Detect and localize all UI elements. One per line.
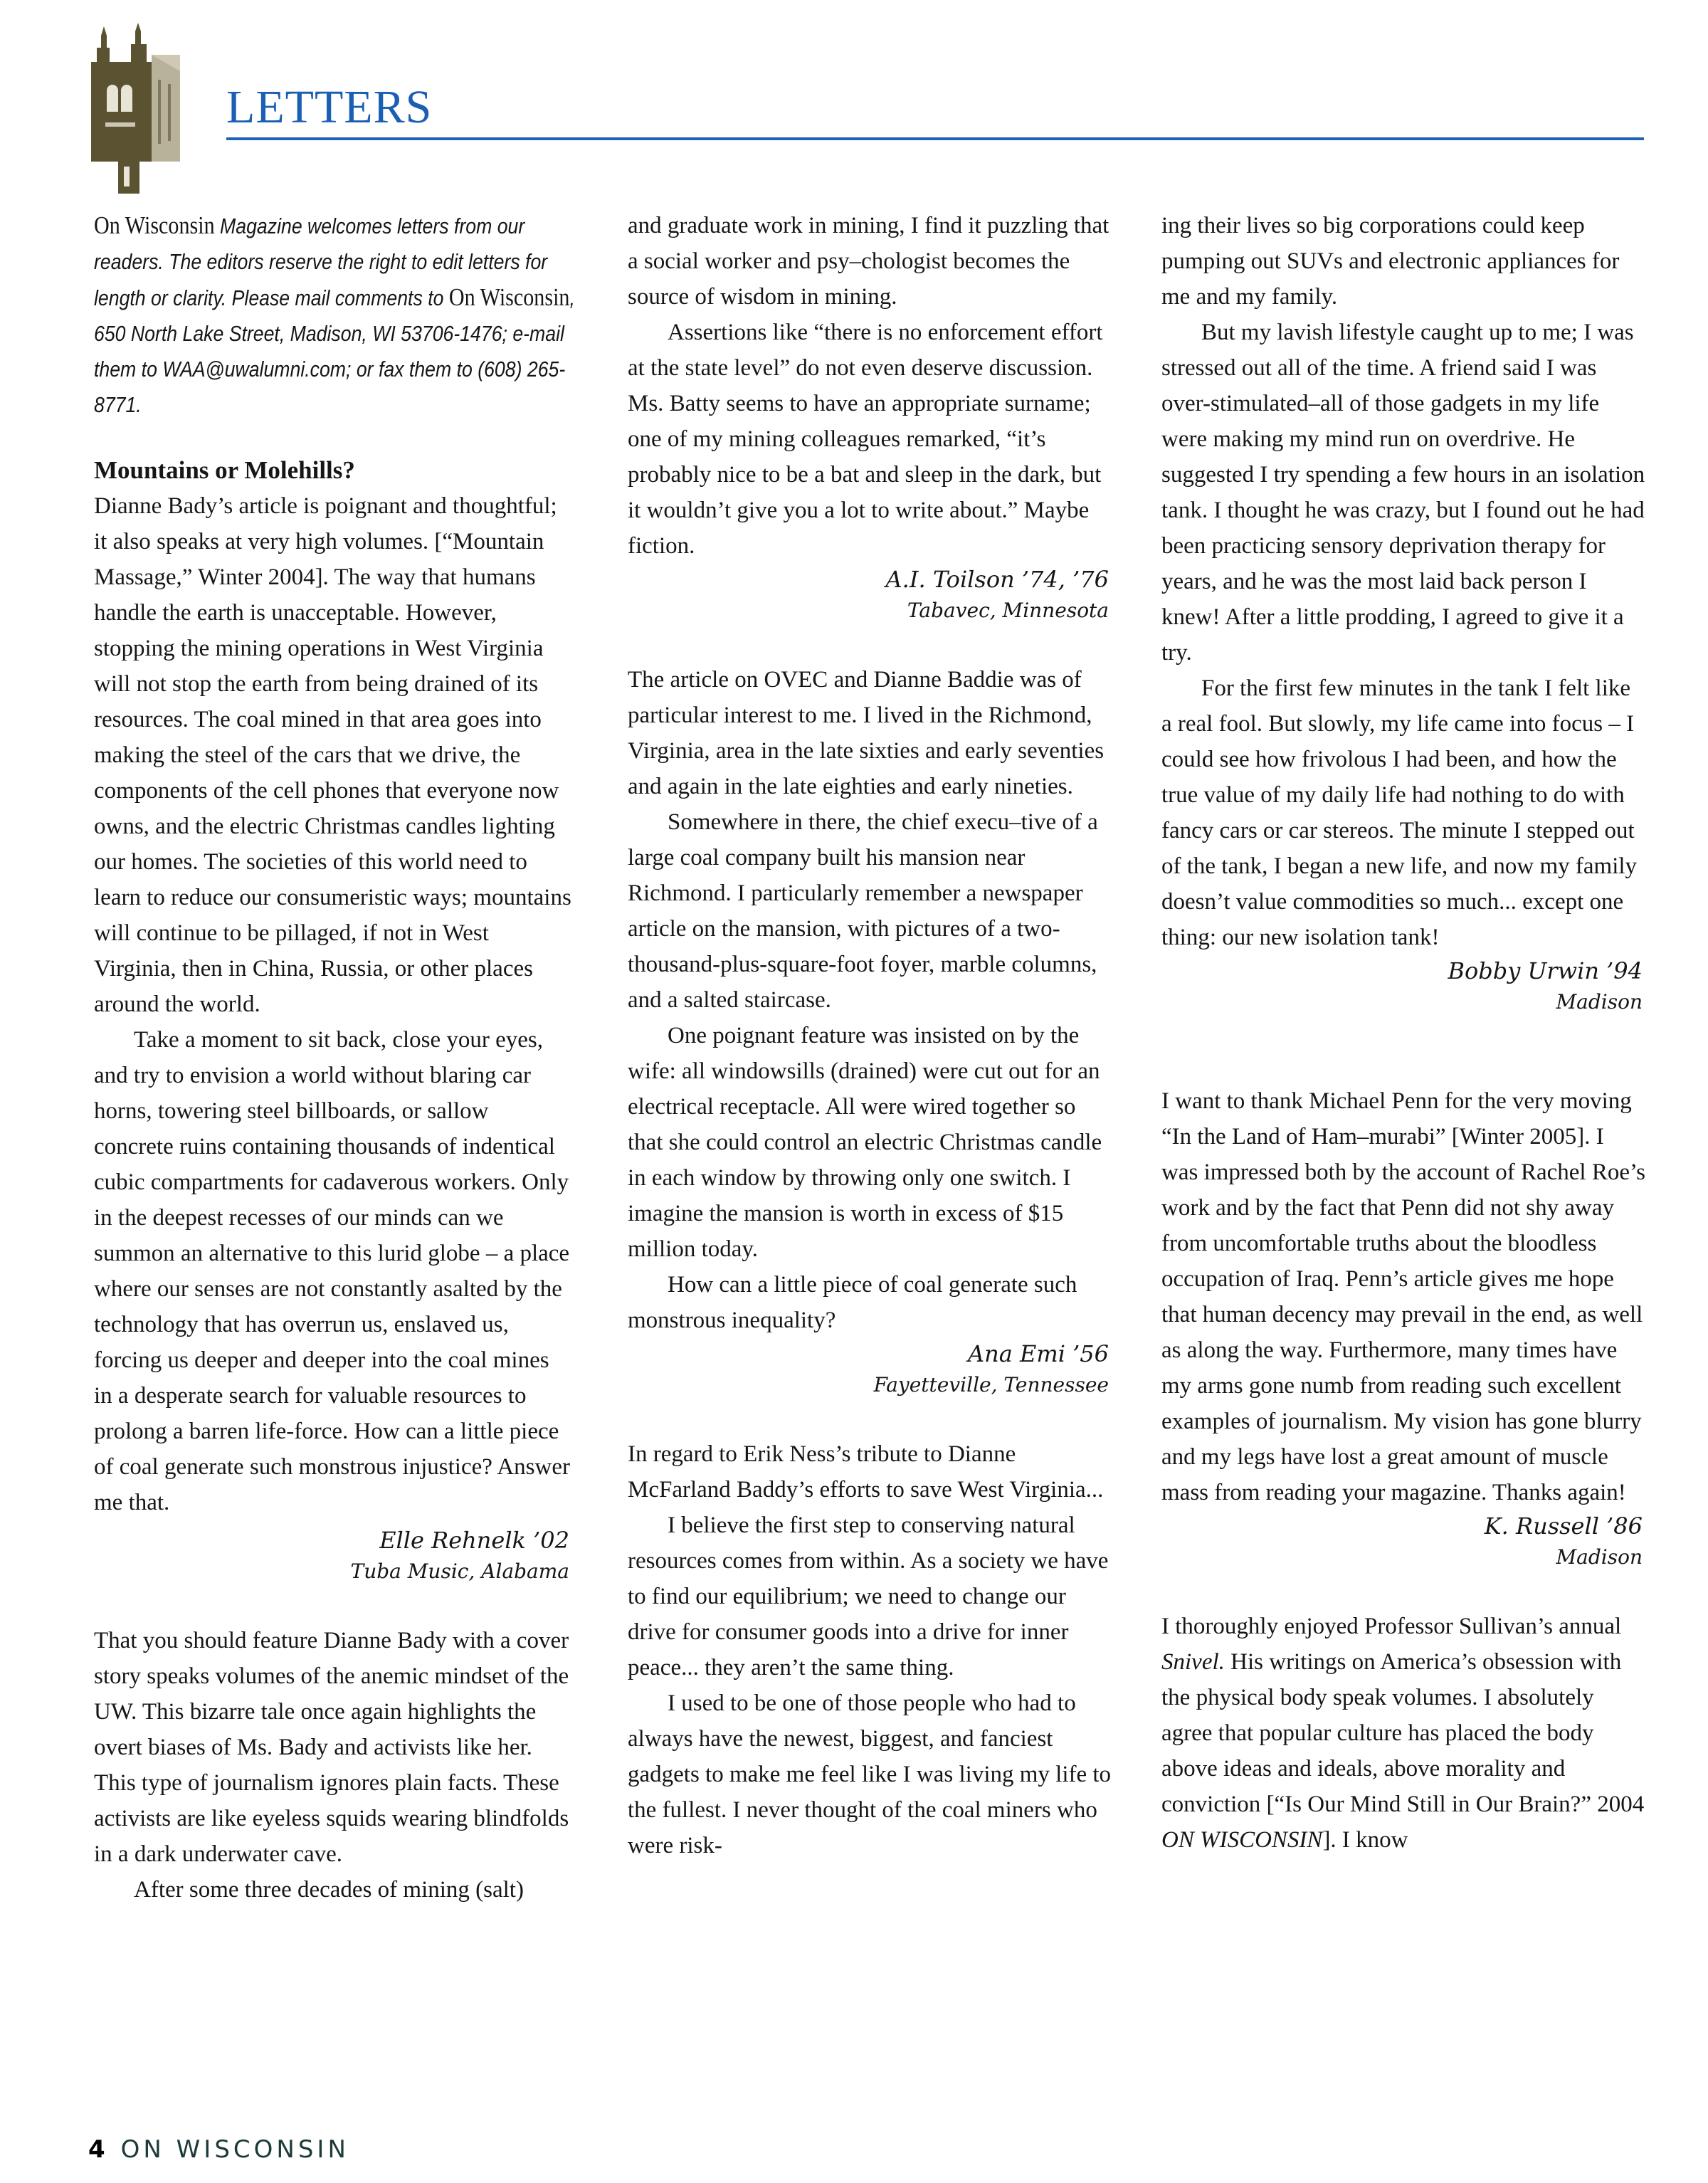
- letter-paragraph-continued: ing their lives so big corporations coul…: [1161, 208, 1645, 315]
- letter-paragraph: In regard to Erik Ness’s tribute to Dian…: [628, 1436, 1112, 1508]
- letter-signature: Ana Emi ’56 Fayetteville, Tennessee: [628, 1338, 1112, 1401]
- letter-signature: Elle Rehnelk ’02 Tuba Music, Alabama: [94, 1525, 572, 1587]
- letter-paragraph: Take a moment to sit back, close your ey…: [94, 1022, 572, 1520]
- page-title: LETTERS: [226, 84, 432, 131]
- letter-signature: K. Russell ’86 Madison: [1161, 1510, 1645, 1573]
- letter-paragraph: That you should feature Dianne Bady with…: [94, 1623, 572, 1872]
- letter-paragraph: I thoroughly enjoyed Professor Sullivan’…: [1161, 1609, 1645, 1858]
- publication-name: ON WISCONSIN: [121, 2135, 349, 2164]
- letter-paragraph: But my lavish lifestyle caught up to me;…: [1161, 315, 1645, 670]
- letter-paragraph-continued: and graduate work in mining, I find it p…: [628, 208, 1112, 315]
- letter-paragraph: Dianne Bady’s article is poignant and th…: [94, 488, 572, 1022]
- letter-paragraph: I believe the first step to conserving n…: [628, 1508, 1112, 1685]
- bell-tower-icon: [84, 16, 191, 194]
- letter-signature: Bobby Urwin ’94 Madison: [1161, 955, 1645, 1018]
- column-1: On Wisconsin Magazine welcomes letters f…: [94, 208, 572, 1908]
- letter-paragraph: Somewhere in there, the chief execu–tive…: [628, 804, 1112, 1018]
- page-number: 4: [88, 2135, 105, 2164]
- page-footer: 4ON WISCONSIN: [88, 2135, 349, 2164]
- column-2: and graduate work in mining, I find it p…: [628, 208, 1112, 1863]
- letter-signature: A.I. Toilson ’74, ’76 Tabavec, Minnesota: [628, 564, 1112, 626]
- letter-paragraph: One poignant feature was insisted on by …: [628, 1018, 1112, 1267]
- column-3: ing their lives so big corporations coul…: [1161, 208, 1645, 1858]
- letter-paragraph: I used to be one of those people who had…: [628, 1685, 1112, 1863]
- letter-paragraph: Assertions like “there is no enforcement…: [628, 315, 1112, 564]
- letter-paragraph: I want to thank Michael Penn for the ver…: [1161, 1083, 1645, 1510]
- letter-paragraph: How can a little piece of coal generate …: [628, 1267, 1112, 1338]
- title-rule: [226, 137, 1644, 140]
- letter-paragraph: For the first few minutes in the tank I …: [1161, 670, 1645, 955]
- pub-name: On Wisconsin: [94, 211, 215, 239]
- letter-heading: Mountains or Molehills?: [94, 453, 572, 488]
- letter-paragraph: The article on OVEC and Dianne Baddie wa…: [628, 662, 1112, 804]
- editorial-note: On Wisconsin Magazine welcomes letters f…: [94, 208, 577, 423]
- letter-paragraph: After some three decades of mining (salt…: [94, 1872, 572, 1908]
